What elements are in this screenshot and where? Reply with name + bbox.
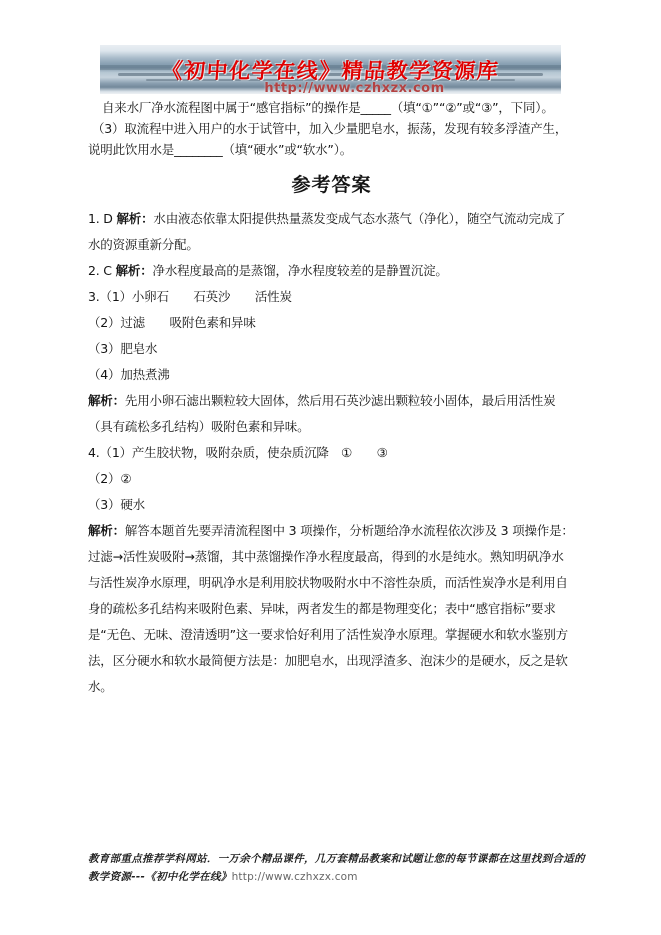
answer-text: 解答本题首先要弄清流程图中 3 项操作，分析题给净水流程依次涉及 3 项操作是：…: [88, 523, 574, 694]
document-page: 《初中化学在线》精品教学资源库 http://www.czhxzx.com 自来…: [0, 0, 661, 935]
answer-item-1: 1. D 解析：水由液态依靠太阳提供热量蒸发变成气态水蒸气（净化），随空气流动完…: [88, 206, 575, 258]
site-banner-url: http://www.czhxzx.com: [148, 81, 561, 94]
answer-prefix: 3.（1）小卵石 石英沙 活性炭: [88, 289, 292, 304]
answer-text: 水由液态依靠太阳提供热量蒸发变成气态水蒸气（净化），随空气流动完成了水的资源重新…: [88, 211, 565, 252]
answer-text: 净水程度最高的是蒸馏，净水程度较差的是静置沉淀。: [153, 263, 448, 278]
reference-answers-heading: 参考答案: [88, 171, 575, 199]
site-banner: 《初中化学在线》精品教学资源库 http://www.czhxzx.com: [100, 45, 561, 94]
answer-item-4-3: （3）硬水: [88, 492, 575, 518]
answer-item-4-1: 4.（1）产生胶状物，吸附杂质，使杂质沉降 ① ③: [88, 440, 575, 466]
answer-prefix: （4）加热煮沸: [88, 367, 170, 382]
analysis-label: 解析：: [117, 211, 154, 226]
answer-item-3-2: （2）过滤 吸附色素和异味: [88, 310, 575, 336]
answer-prefix: 1. D: [88, 211, 117, 226]
answer-prefix: （3）硬水: [88, 497, 145, 512]
answers-section: 1. D 解析：水由液态依靠太阳提供热量蒸发变成气态水蒸气（净化），随空气流动完…: [88, 206, 575, 700]
analysis-label: 解析：: [88, 523, 125, 538]
question-line-sensory-indicator: 自来水厂净水流程图中属于“感官指标”的操作是_____（填“①”“②”或“③”，…: [88, 97, 575, 118]
answer-item-3-1: 3.（1）小卵石 石英沙 活性炭: [88, 284, 575, 310]
answer-item-4-analysis: 解析：解答本题首先要弄清流程图中 3 项操作，分析题给净水流程依次涉及 3 项操…: [88, 518, 575, 700]
answer-text: 先用小卵石滤出颗粒较大固体，然后用石英沙滤出颗粒较小固体，最后用活性炭（具有疏松…: [88, 393, 555, 434]
answer-item-2: 2. C 解析：净水程度最高的是蒸馏，净水程度较差的是静置沉淀。: [88, 258, 575, 284]
analysis-label: 解析：: [116, 263, 153, 278]
question-line-hard-soft-water: （3）取流程中进入用户的水于试管中，加入少量肥皂水，振荡，发现有较多浮渣产生，说…: [88, 118, 575, 160]
answer-prefix: （2）过滤 吸附色素和异味: [88, 315, 256, 330]
footer-site-url: http://www.czhxzx.com: [232, 871, 358, 883]
answer-item-4-2: （2）②: [88, 466, 575, 492]
footer-line-1: 教育部重点推荐学科网站．一万余个精品课件，几万套精品教案和试题让您的每节课都在这…: [88, 850, 608, 868]
answer-prefix: （2）②: [88, 471, 131, 486]
footer-line-2: 教学资源---《初中化学在线》http://www.czhxzx.com: [88, 868, 608, 886]
answer-prefix: （3）肥皂水: [88, 341, 157, 356]
question-section: 自来水厂净水流程图中属于“感官指标”的操作是_____（填“①”“②”或“③”，…: [88, 97, 575, 160]
answer-item-3-analysis: 解析：先用小卵石滤出颗粒较大固体，然后用石英沙滤出颗粒较小固体，最后用活性炭（具…: [88, 388, 575, 440]
analysis-label: 解析：: [88, 393, 125, 408]
footer-line-2-text: 教学资源---《初中化学在线》: [88, 871, 232, 883]
answer-item-3-4: （4）加热煮沸: [88, 362, 575, 388]
answer-item-3-3: （3）肥皂水: [88, 336, 575, 362]
site-footer: 教育部重点推荐学科网站．一万余个精品课件，几万套精品教案和试题让您的每节课都在这…: [88, 850, 608, 886]
answer-prefix: 4.（1）产生胶状物，吸附杂质，使杂质沉降 ① ③: [88, 445, 388, 460]
document-body: 自来水厂净水流程图中属于“感官指标”的操作是_____（填“①”“②”或“③”，…: [88, 97, 575, 700]
answer-prefix: 2. C: [88, 263, 116, 278]
